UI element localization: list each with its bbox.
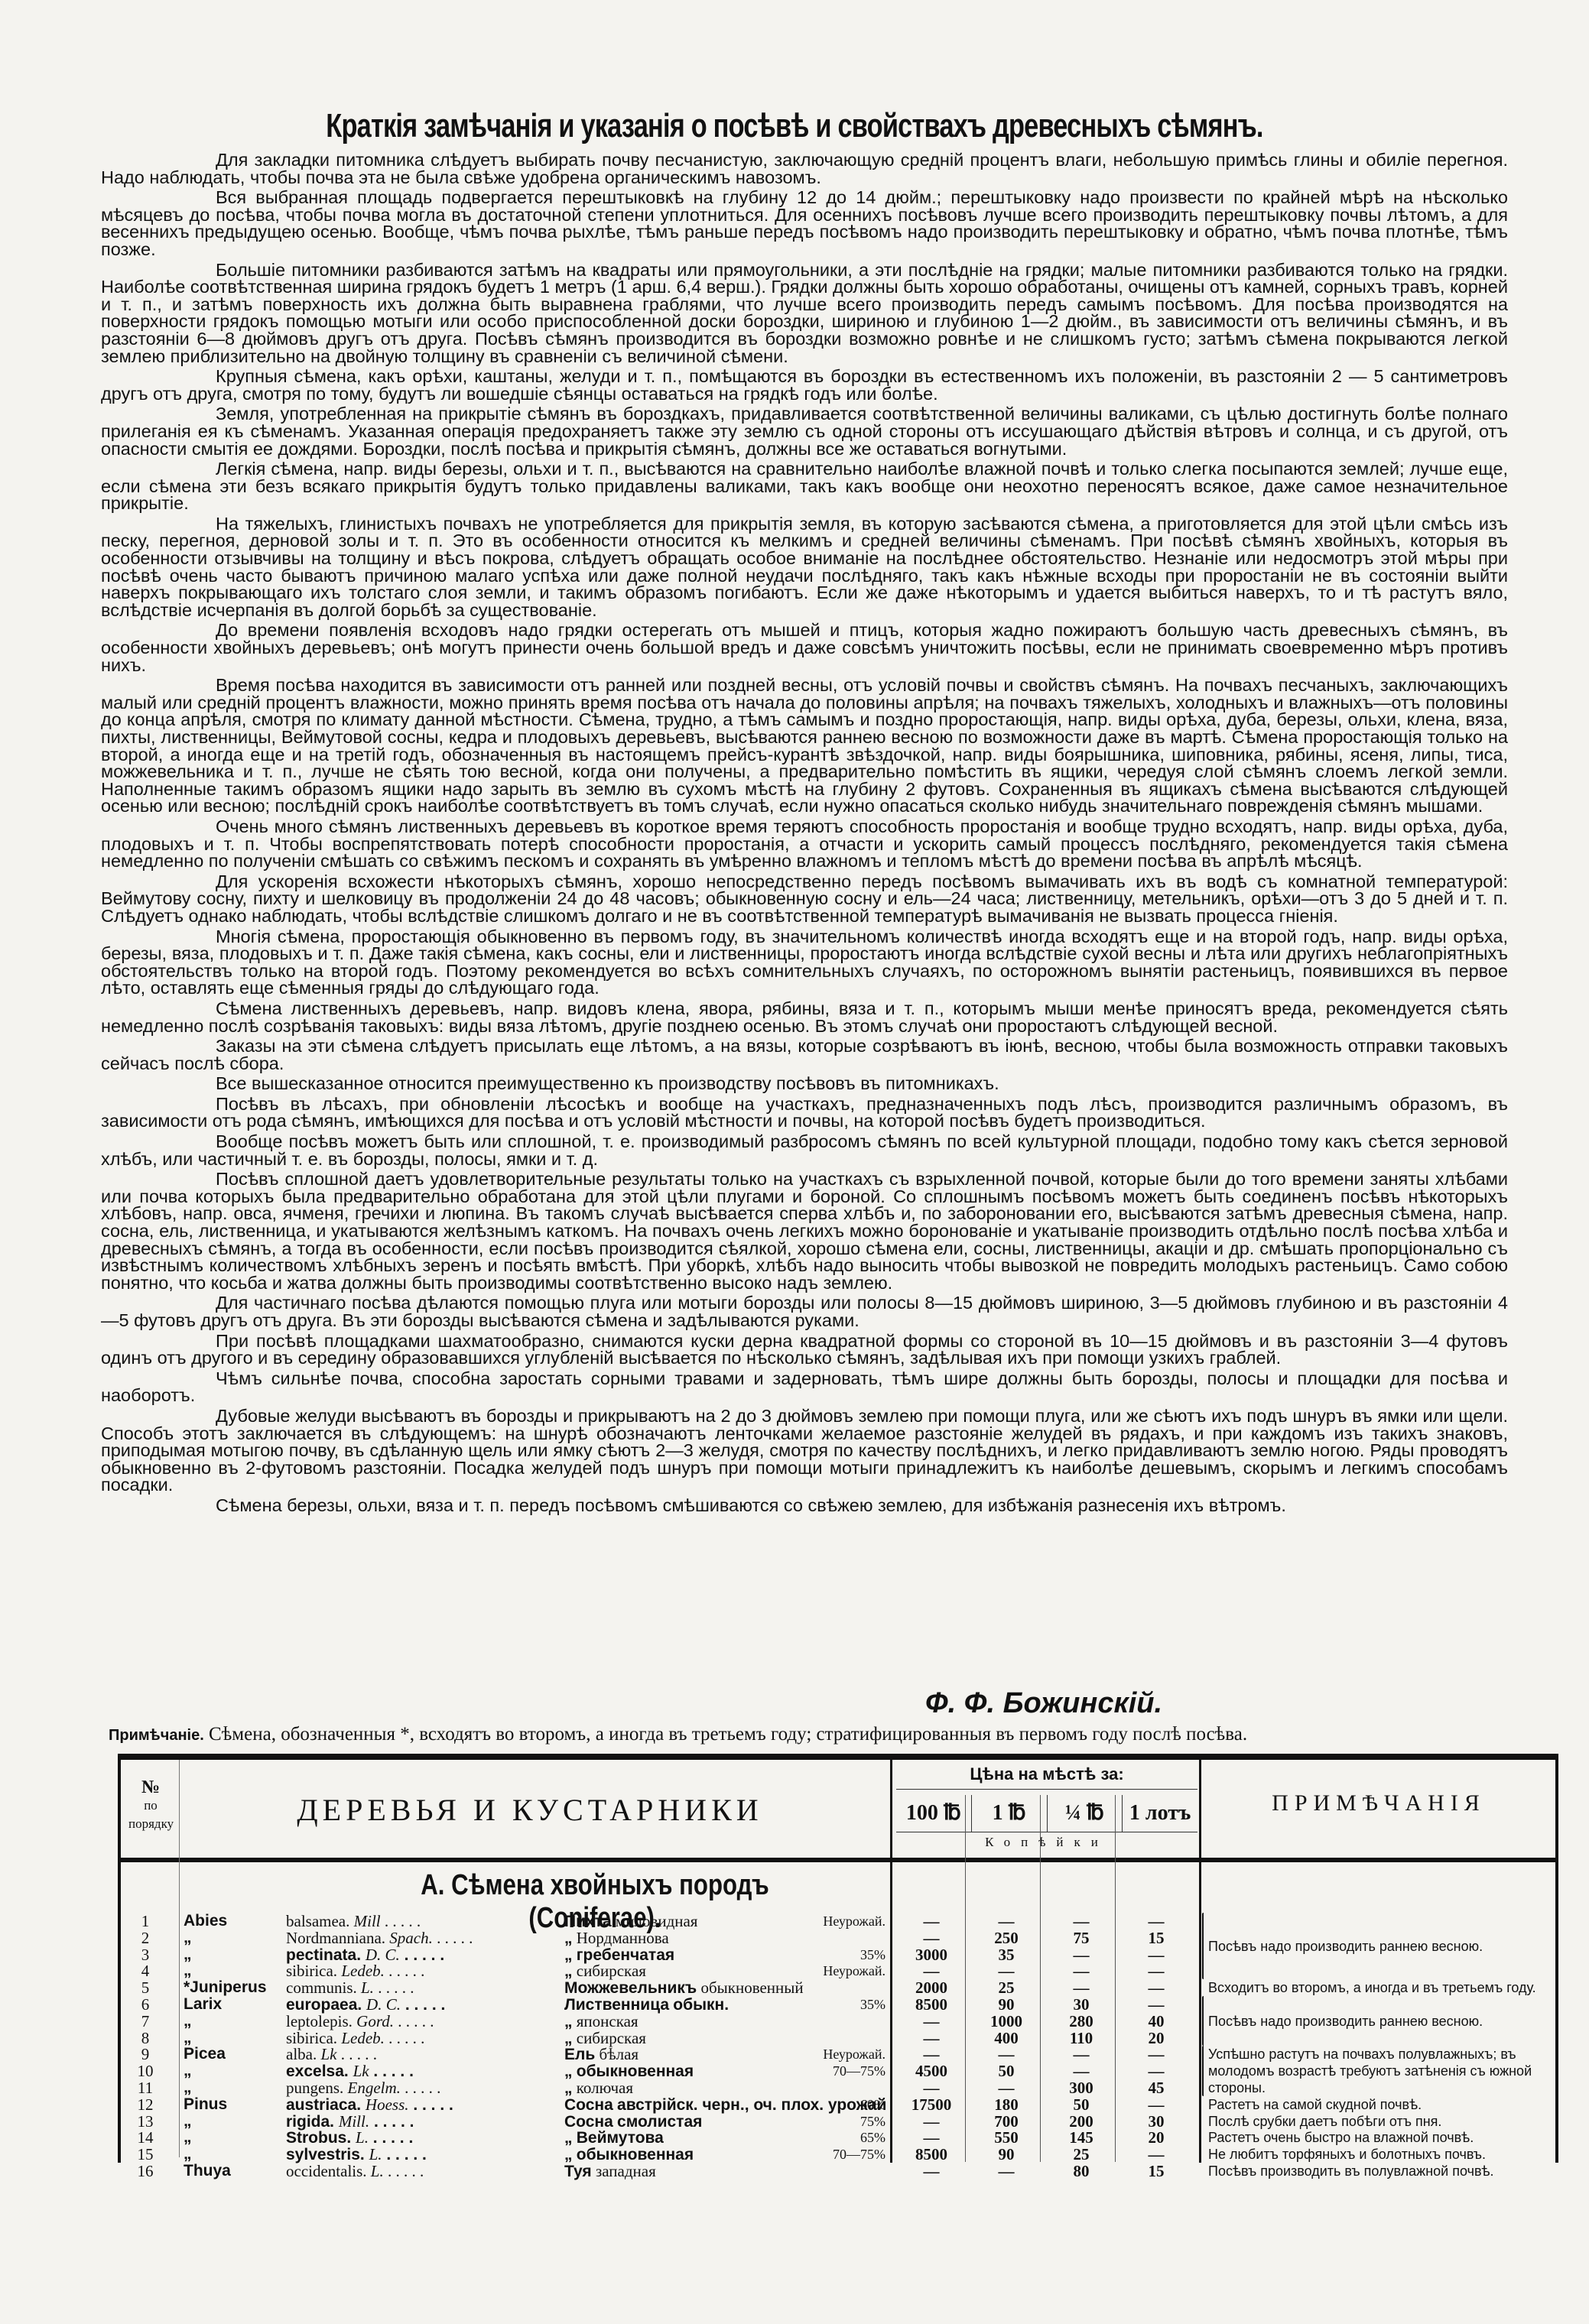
latin-species: excelsa. Lk . . . . . bbox=[286, 2063, 414, 2080]
latin-genus: „ bbox=[184, 2129, 192, 2146]
paragraph: Время посѣва находится въ зависимости от… bbox=[101, 677, 1508, 815]
row-number: 13 bbox=[121, 2113, 170, 2130]
unit-lot: 1 лотъ bbox=[1123, 1795, 1197, 1832]
yield: 75% bbox=[794, 2113, 885, 2130]
header-trees: ДЕРЕВЬЯ И КУСТАРНИКИ bbox=[190, 1792, 870, 1828]
remark: Посѣвъ производить въ полувлажной почвѣ. bbox=[1208, 2163, 1545, 2180]
price-cell: — bbox=[895, 2046, 968, 2063]
remark: Посѣвъ надо производить раннею весною. bbox=[1208, 1938, 1545, 1955]
footnote: Примѣчаніе. Сѣмена, обозначенныя *, всхо… bbox=[109, 1724, 1516, 1745]
remark: Послѣ срубки даетъ побѣги отъ пня. bbox=[1208, 2113, 1545, 2130]
paragraph: Вообще посѣвъ можетъ быть или сплошной, … bbox=[101, 1133, 1508, 1167]
header-price-title: Цѣна на мѣстѣ за: bbox=[896, 1764, 1197, 1790]
price-cell: — bbox=[1119, 1962, 1193, 1979]
russian-name: „ сибирская bbox=[564, 1962, 646, 1980]
russian-name: „ японская bbox=[564, 2013, 639, 2030]
paragraph: Чѣмъ сильнѣе почва, способна заростать с… bbox=[101, 1370, 1508, 1404]
row-number: 5 bbox=[121, 1979, 170, 1996]
paragraph: Вся выбранная площадь подвергается переш… bbox=[101, 189, 1508, 258]
price-cell: 50 bbox=[970, 2063, 1043, 2079]
price-cell: — bbox=[1045, 1979, 1118, 1996]
price-cell: — bbox=[1045, 1962, 1118, 1979]
paragraph: Очень много сѣмянъ лиственныхъ деревьевъ… bbox=[101, 818, 1508, 870]
price-cell: 20 bbox=[1119, 2129, 1193, 2146]
paragraph: Легкія сѣмена, напр. виды березы, ольхи … bbox=[101, 460, 1508, 512]
russian-name: „ обыкновенная bbox=[564, 2146, 694, 2163]
russian-name: Ель бѣлая bbox=[564, 2046, 639, 2063]
latin-genus: *Juniperus bbox=[184, 1979, 267, 1996]
row-number: 14 bbox=[121, 2129, 170, 2146]
latin-genus: Thuya bbox=[184, 2163, 231, 2180]
remark: Не любитъ торфяныхъ и болотныхъ почвъ. bbox=[1208, 2146, 1545, 2163]
russian-name: „ колючая bbox=[564, 2079, 633, 2097]
latin-genus: „ bbox=[184, 2013, 192, 2030]
price-table: № по порядку ДЕРЕВЬЯ И КУСТАРНИКИ Цѣна н… bbox=[118, 1754, 1558, 2163]
yield: 60% bbox=[794, 2096, 885, 2113]
remark: Успѣшно растутъ на почвахъ полувлажныхъ;… bbox=[1208, 2046, 1545, 2096]
unit-quarter-lb: ¼ ℔ bbox=[1048, 1795, 1123, 1832]
price-cell: — bbox=[895, 2113, 968, 2130]
table-row: 1Abiesbalsamea. Mill . . . . .Пихта мило… bbox=[121, 1913, 1555, 1930]
latin-species: balsamea. Mill . . . . . bbox=[286, 1913, 421, 1930]
price-cell: — bbox=[1119, 2146, 1193, 2163]
paragraph: Для ускоренія всхожести нѣкоторыхъ сѣмян… bbox=[101, 873, 1508, 925]
latin-genus: Larix bbox=[184, 1996, 222, 2013]
price-cell: — bbox=[1119, 2046, 1193, 2063]
price-cell: — bbox=[895, 2163, 968, 2180]
price-cell: — bbox=[895, 2013, 968, 2030]
remark: Всходитъ во второмъ, а иногда и въ треть… bbox=[1208, 1979, 1545, 1996]
price-cell: 30 bbox=[1045, 1996, 1118, 2013]
footnote-label: Примѣчаніе. bbox=[109, 1727, 204, 1744]
remark: Посѣвъ надо производить раннею весною. bbox=[1208, 2013, 1545, 2030]
price-cell: 30 bbox=[1119, 2113, 1193, 2130]
latin-genus: „ bbox=[184, 2146, 192, 2163]
latin-species: pungens. Engelm. . . . . . bbox=[286, 2079, 440, 2096]
price-cell: 110 bbox=[1045, 2030, 1118, 2046]
russian-name: „ сибирская bbox=[564, 2030, 646, 2047]
row-number: 12 bbox=[121, 2096, 170, 2113]
price-cell: — bbox=[1119, 1996, 1193, 2013]
latin-species: communis. L. . . . . . bbox=[286, 1979, 414, 1996]
latin-species: sibirica. Ledeb. . . . . . bbox=[286, 2030, 424, 2046]
russian-name: „ гребенчатая bbox=[564, 1946, 674, 1964]
price-cell: — bbox=[895, 2030, 968, 2046]
latin-species: leptolepis. Gord. . . . . . bbox=[286, 2013, 434, 2030]
paragraph: Многія сѣмена, проростающія обыкновенно … bbox=[101, 928, 1508, 997]
page-title: Краткія замѣчанія и указанія о посѣвѣ и … bbox=[175, 107, 1415, 145]
price-cell: — bbox=[970, 1913, 1043, 1930]
price-cell: — bbox=[895, 1962, 968, 1979]
brace-icon bbox=[1202, 1996, 1204, 2046]
price-cell: 15 bbox=[1119, 1930, 1193, 1946]
price-cell: 200 bbox=[1045, 2113, 1118, 2130]
row-number: 15 bbox=[121, 2146, 170, 2163]
latin-genus: Pinus bbox=[184, 2096, 227, 2113]
table-row: 4„sibirica. Ledeb. . . . . .„ сибирскаяН… bbox=[121, 1962, 1555, 1979]
price-cell: — bbox=[970, 2163, 1043, 2180]
yield: 65% bbox=[794, 2129, 885, 2146]
price-cell: 2000 bbox=[895, 1979, 968, 1996]
latin-species: austriaca. Hoess. . . . . . bbox=[286, 2096, 453, 2114]
remark: Растетъ на самой скудной почвѣ. bbox=[1208, 2096, 1545, 2113]
row-number: 16 bbox=[121, 2163, 170, 2180]
latin-genus: „ bbox=[184, 1930, 192, 1946]
price-cell: — bbox=[1045, 1946, 1118, 1963]
latin-genus: „ bbox=[184, 2079, 192, 2096]
yield: 35% bbox=[794, 1946, 885, 1963]
row-number: 6 bbox=[121, 1996, 170, 2013]
paragraph: До времени появленія всходовъ надо грядк… bbox=[101, 622, 1508, 674]
price-cell: — bbox=[1119, 1946, 1193, 1963]
latin-species: sylvestris. L. . . . . . bbox=[286, 2146, 427, 2163]
paragraph: Дубовые желуди высѣваютъ въ борозды и пр… bbox=[101, 1407, 1508, 1494]
price-cell: 250 bbox=[970, 1930, 1043, 1946]
header-units: 100 ℔ 1 ℔ ¼ ℔ 1 лотъ bbox=[896, 1795, 1197, 1832]
latin-species: Strobus. L. . . . . . bbox=[286, 2129, 413, 2147]
latin-genus: „ bbox=[184, 1946, 192, 1963]
footnote-text: Сѣмена, обозначенныя *, всходятъ во втор… bbox=[209, 1724, 1247, 1745]
price-cell: 8500 bbox=[895, 2146, 968, 2163]
price-cell: 17500 bbox=[895, 2096, 968, 2113]
russian-name: Сосна смолистая bbox=[564, 2113, 702, 2131]
latin-genus: „ bbox=[184, 2030, 192, 2046]
russian-name: Пихта миловидная bbox=[564, 1913, 697, 1930]
unit-100lb: 100 ℔ bbox=[896, 1795, 972, 1832]
price-cell: — bbox=[970, 2046, 1043, 2063]
russian-name: Туя западная bbox=[564, 2163, 656, 2180]
table-header: № по порядку ДЕРЕВЬЯ И КУСТАРНИКИ Цѣна н… bbox=[121, 1760, 1555, 1862]
article-body: Для закладки питомника слѣдуетъ выбирать… bbox=[101, 151, 1508, 1517]
row-number: 7 bbox=[121, 2013, 170, 2030]
unit-1lb: 1 ℔ bbox=[972, 1795, 1048, 1832]
price-cell: — bbox=[1119, 2063, 1193, 2079]
yield: Неурожай. bbox=[794, 2046, 885, 2063]
paragraph: Заказы на эти сѣмена слѣдуетъ присылать … bbox=[101, 1037, 1508, 1072]
yield: 35% bbox=[794, 1996, 885, 2013]
price-cell: — bbox=[895, 1913, 968, 1930]
price-cell: — bbox=[895, 2079, 968, 2096]
latin-genus: „ bbox=[184, 1962, 192, 1979]
russian-name: Можжевельникъ обыкновенный bbox=[564, 1979, 804, 1997]
price-cell: 25 bbox=[970, 1979, 1043, 1996]
price-cell: 50 bbox=[1045, 2096, 1118, 2113]
latin-species: alba. Lk . . . . . bbox=[286, 2046, 377, 2063]
paragraph: Посѣвъ въ лѣсахъ, при обновленіи лѣсосѣк… bbox=[101, 1095, 1508, 1130]
row-number: 3 bbox=[121, 1946, 170, 1963]
price-cell: 4500 bbox=[895, 2063, 968, 2079]
price-cell: 15 bbox=[1119, 2163, 1193, 2180]
row-number: 9 bbox=[121, 2046, 170, 2063]
price-cell: — bbox=[1119, 1913, 1193, 1930]
yield: 70—75% bbox=[794, 2146, 885, 2163]
price-cell: — bbox=[970, 2079, 1043, 2096]
paragraph: Земля, употребленная на прикрытіе сѣмянъ… bbox=[101, 405, 1508, 457]
paragraph: Для закладки питомника слѣдуетъ выбирать… bbox=[101, 151, 1508, 186]
row-number: 4 bbox=[121, 1962, 170, 1979]
paragraph: Посѣвъ сплошной даетъ удовлетворительные… bbox=[101, 1170, 1508, 1291]
price-cell: 20 bbox=[1119, 2030, 1193, 2046]
price-cell: 145 bbox=[1045, 2129, 1118, 2146]
price-cell: — bbox=[895, 1930, 968, 1946]
latin-species: pectinata. D. C. . . . . . bbox=[286, 1946, 444, 1964]
paragraph: Большіе питомники разбиваются затѣмъ на … bbox=[101, 261, 1508, 365]
price-cell: 3000 bbox=[895, 1946, 968, 1963]
price-cell: 40 bbox=[1119, 2013, 1193, 2030]
price-cell: 700 bbox=[970, 2113, 1043, 2130]
author-signature: Ф. Ф. Божинскій. bbox=[925, 1687, 1162, 1720]
price-cell: 80 bbox=[1045, 2163, 1118, 2180]
price-cell: 75 bbox=[1045, 1930, 1118, 1946]
price-cell: 8500 bbox=[895, 1996, 968, 2013]
price-cell: 25 bbox=[1045, 2146, 1118, 2163]
price-cell: 90 bbox=[970, 2146, 1043, 2163]
latin-species: europaea. D. C. . . . . . bbox=[286, 1996, 445, 2014]
price-cell: 280 bbox=[1045, 2013, 1118, 2030]
latin-species: sibirica. Ledeb. . . . . . bbox=[286, 1962, 424, 1979]
header-number: № по порядку bbox=[128, 1778, 173, 1833]
paragraph: При посѣвѣ площадками шахматообразно, сн… bbox=[101, 1332, 1508, 1367]
price-cell: 90 bbox=[970, 1996, 1043, 2013]
paragraph: Сѣмена березы, ольхи, вяза и т. п. перед… bbox=[101, 1497, 1508, 1514]
latin-species: occidentalis. L. . . . . . bbox=[286, 2163, 424, 2180]
price-cell: — bbox=[895, 2129, 968, 2146]
price-cell: 45 bbox=[1119, 2079, 1193, 2096]
row-number: 2 bbox=[121, 1930, 170, 1946]
price-cell: 400 bbox=[970, 2030, 1043, 2046]
price-cell: 550 bbox=[970, 2129, 1043, 2146]
paragraph: Все вышесказанное относится преимуществе… bbox=[101, 1075, 1508, 1092]
paragraph: На тяжелыхъ, глинистыхъ почвахъ не употр… bbox=[101, 515, 1508, 619]
price-cell: — bbox=[970, 1962, 1043, 1979]
price-cell: 300 bbox=[1045, 2079, 1118, 2096]
table-row: 8„sibirica. Ledeb. . . . . .„ сибирская—… bbox=[121, 2030, 1555, 2046]
brace-icon bbox=[1202, 1913, 1204, 1979]
paragraph: Крупныя сѣмена, какъ орѣхи, каштаны, жел… bbox=[101, 368, 1508, 402]
remark: Растетъ очень быстро на влажной почвѣ. bbox=[1208, 2129, 1545, 2146]
latin-genus: „ bbox=[184, 2113, 192, 2130]
paragraph: Сѣмена лиственныхъ деревьевъ, напр. видо… bbox=[101, 1000, 1508, 1034]
brace-icon bbox=[1202, 2046, 1204, 2095]
price-cell: — bbox=[1119, 2096, 1193, 2113]
russian-name: „ Веймутова bbox=[564, 2129, 664, 2147]
price-cell: — bbox=[1045, 2063, 1118, 2079]
russian-name: Лиственница обыкн. bbox=[564, 1996, 729, 2014]
price-cell: — bbox=[1119, 1979, 1193, 1996]
price-cell: 1000 bbox=[970, 2013, 1043, 2030]
price-cell: 180 bbox=[970, 2096, 1043, 2113]
yield: Неурожай. bbox=[794, 1913, 885, 1930]
table-row: 6Larixeuropaea. D. C. . . . . .Лиственни… bbox=[121, 1996, 1555, 2013]
row-number: 1 bbox=[121, 1913, 170, 1930]
russian-name: „ Нордманнова bbox=[564, 1930, 669, 1947]
header-currency: Копѣйки bbox=[896, 1835, 1197, 1850]
latin-species: Nordmanniana. Spach. . . . . . bbox=[286, 1930, 473, 1946]
price-cell: — bbox=[1045, 2046, 1118, 2063]
price-cell: 35 bbox=[970, 1946, 1043, 1963]
latin-genus: Abies bbox=[184, 1913, 227, 1930]
price-cell: — bbox=[1045, 1913, 1118, 1930]
row-number: 8 bbox=[121, 2030, 170, 2046]
yield: Неурожай. bbox=[794, 1962, 885, 1979]
russian-name: „ обыкновенная bbox=[564, 2063, 694, 2080]
row-number: 11 bbox=[121, 2079, 170, 2096]
latin-species: rigida. Mill. . . . . . bbox=[286, 2113, 414, 2131]
latin-genus: Picea bbox=[184, 2046, 226, 2063]
latin-genus: „ bbox=[184, 2063, 192, 2079]
yield: 70—75% bbox=[794, 2063, 885, 2079]
paragraph: Для частичнаго посѣва дѣлаются помощью п… bbox=[101, 1294, 1508, 1329]
row-number: 10 bbox=[121, 2063, 170, 2079]
header-notes: ПРИМѢЧАНІЯ bbox=[1207, 1790, 1551, 1816]
document-page: Краткія замѣчанія и указанія о посѣвѣ и … bbox=[0, 0, 1589, 2324]
